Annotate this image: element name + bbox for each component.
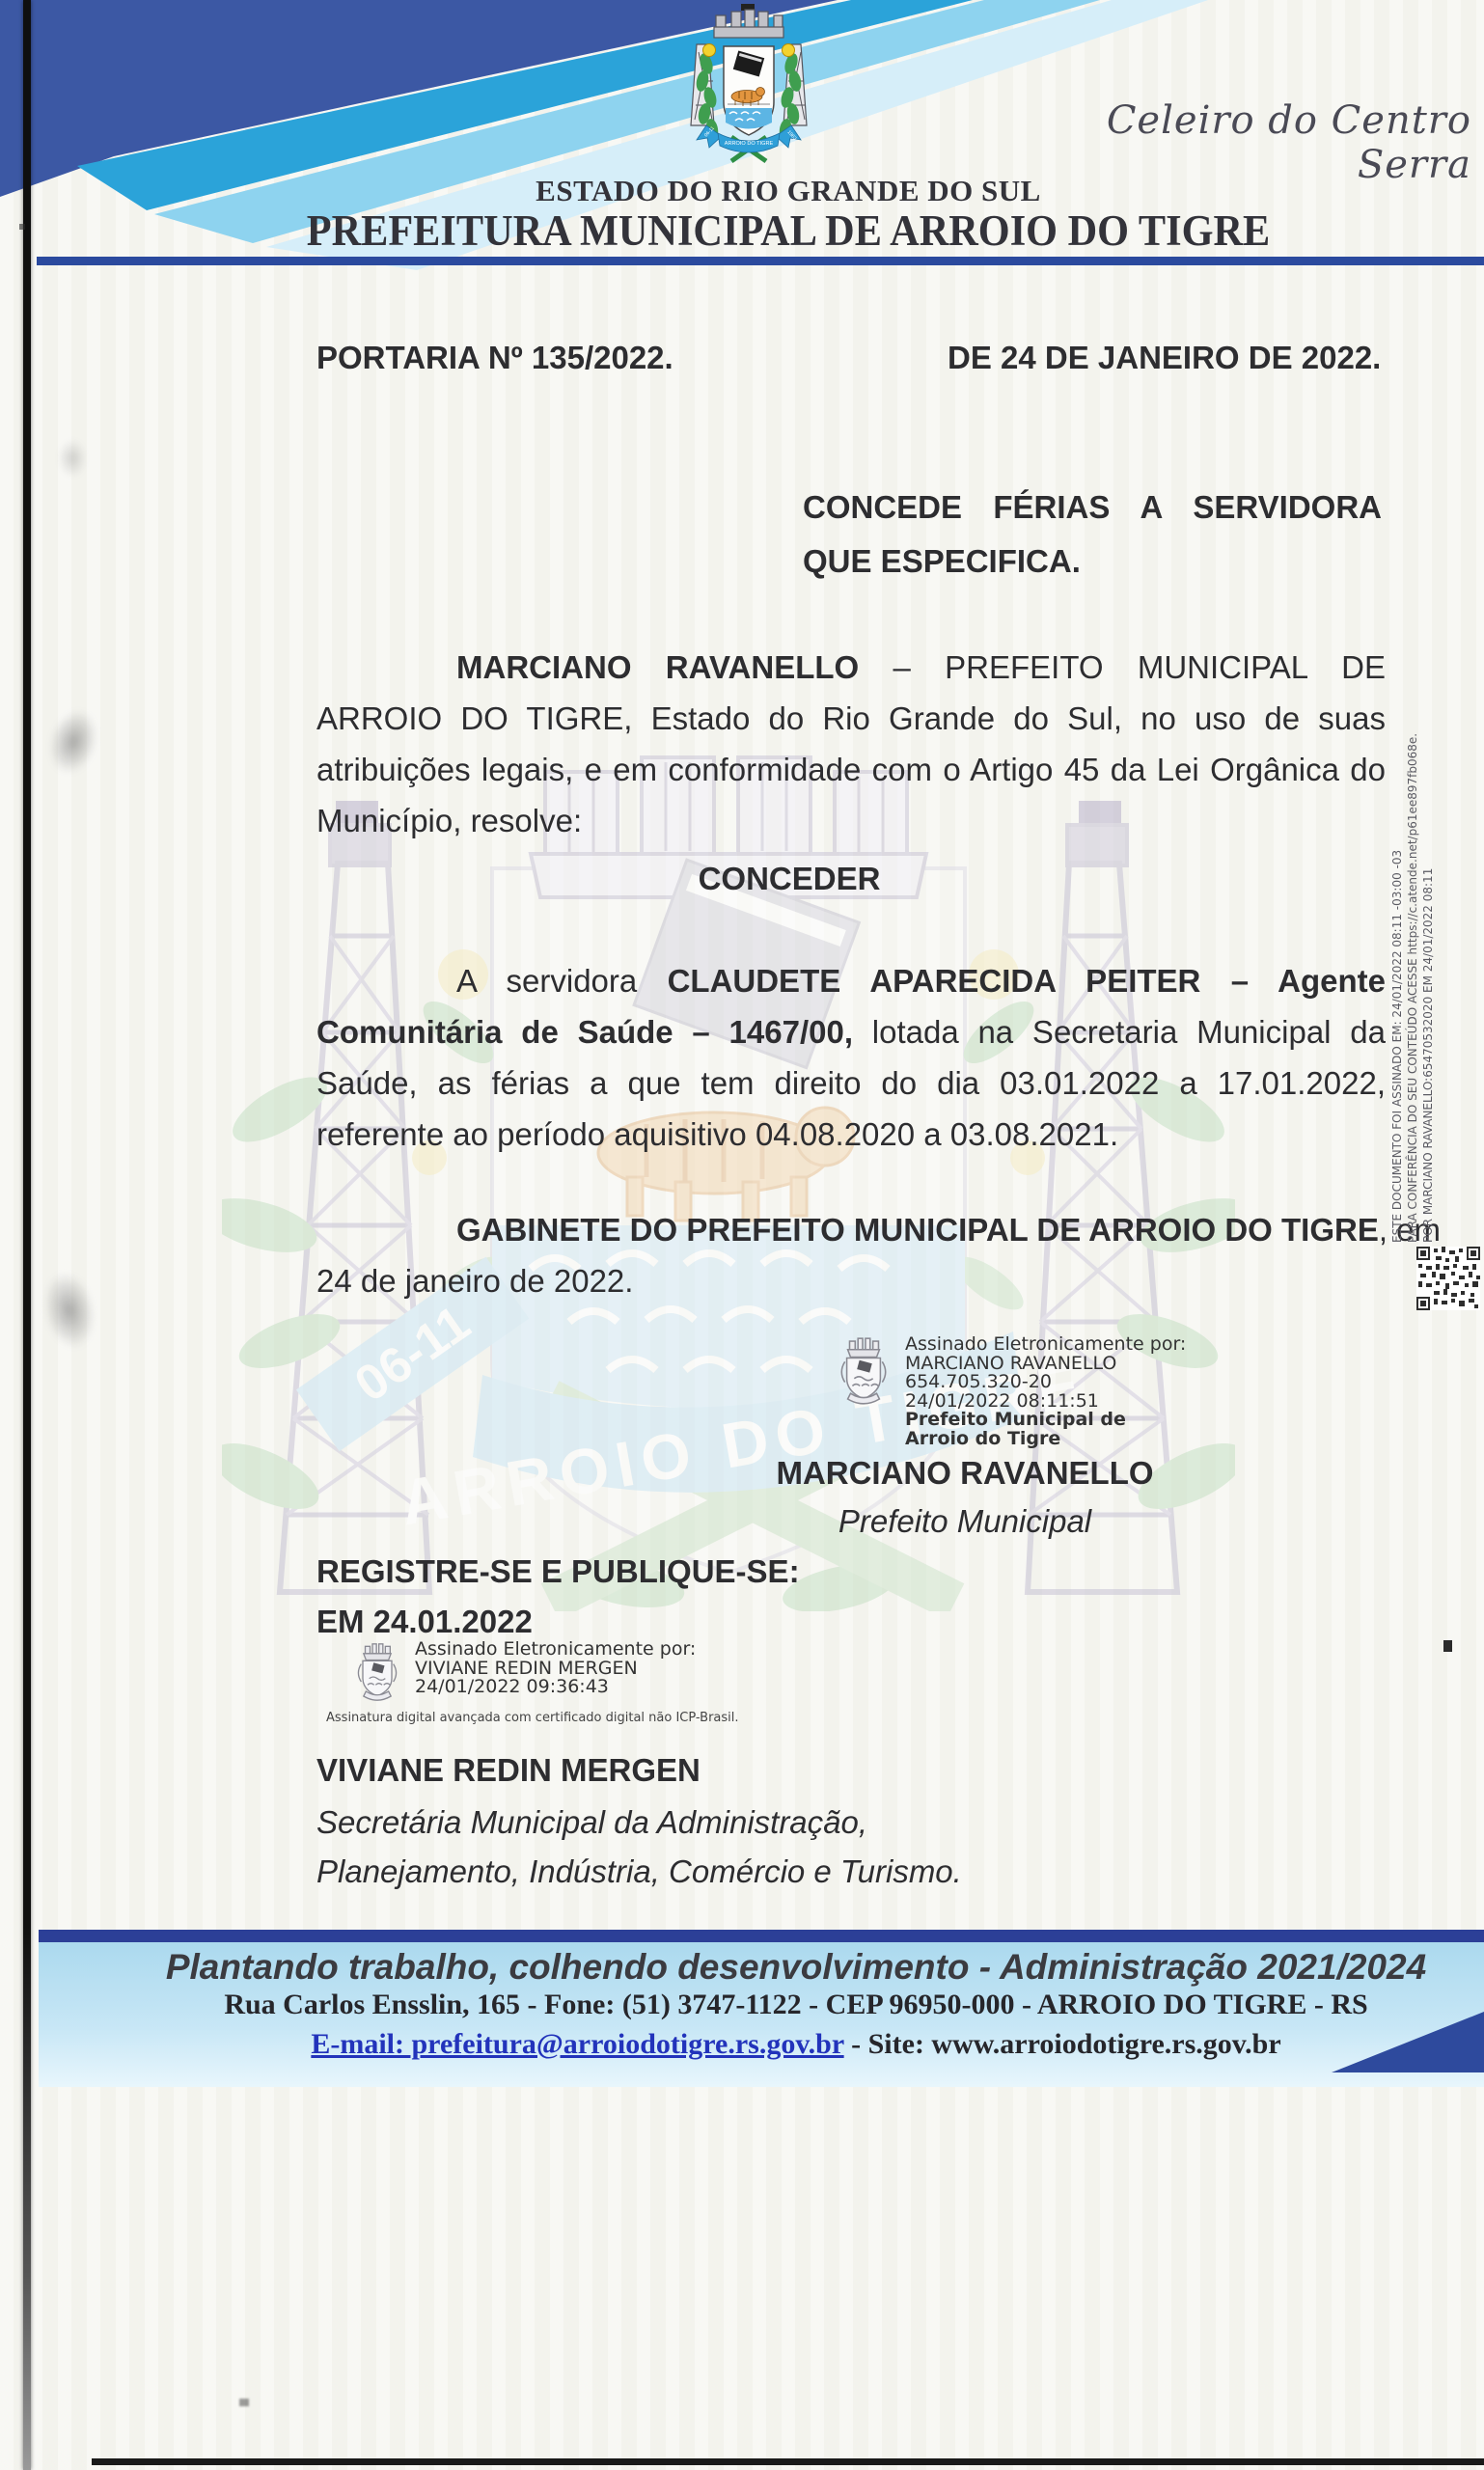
verification-line-3: POR MARCIANO RAVANELLO:65470532020 EM 24… — [1420, 683, 1436, 1243]
secretary-typed-title-1: Secretária Municipal da Administração, — [316, 1797, 867, 1848]
secretary-esign-stamp: Assinado Eletronicamente por: VIVIANE RE… — [353, 1640, 696, 1704]
portaria-summary: CONCEDE FÉRIAS A SERVIDORA QUE ESPECIFIC… — [803, 480, 1382, 589]
qr-code — [1416, 1247, 1480, 1310]
esign-label: Assinado Eletronicamente por: — [905, 1335, 1186, 1355]
municipal-coat-of-arms: 06-11 ARROIO DO TIGRE 1963 — [677, 4, 820, 166]
mayor-typed-title: Prefeito Municipal — [724, 1496, 1206, 1547]
scan-dot-mark — [239, 2399, 249, 2406]
footer-email-link[interactable]: E-mail: prefeitura@arroiodotigre.rs.gov.… — [311, 2028, 843, 2060]
mayor-esign-stamp: Assinado Eletronicamente por: MARCIANO R… — [836, 1335, 1186, 1448]
scan-dot-mark — [1443, 1640, 1452, 1652]
esign-cpf: 654.705.320-20 — [905, 1373, 1186, 1392]
closing-bold: GABINETE DO PREFEITO MUNICIPAL DE ARROIO… — [456, 1212, 1379, 1248]
verification-line-1: ESTE DOCUMENTO FOI ASSINADO EM: 24/01/20… — [1389, 683, 1405, 1243]
footer-contact-line: E-mail: prefeitura@arroiodotigre.rs.gov.… — [135, 2028, 1457, 2061]
scan-dot-mark — [19, 224, 25, 230]
crest-ribbon-center: ARROIO DO TIGRE — [725, 141, 774, 147]
signature-verification-strip: ESTE DOCUMENTO FOI ASSINADO EM: 24/01/20… — [1389, 683, 1436, 1243]
esign-role: Prefeito Municipal de Arroio do Tigre — [905, 1411, 1166, 1448]
scan-edge-line-bottom — [92, 2458, 1484, 2465]
grant-paragraph: A servidora CLAUDETE APARECIDA PEITER – … — [316, 955, 1386, 1160]
scan-smudge — [37, 1267, 101, 1353]
mayor-name-inline: MARCIANO RAVANELLO — [456, 649, 859, 685]
footer-slogan: Plantando trabalho, colhendo desenvolvim… — [135, 1947, 1457, 1988]
footer-top-bar — [39, 1930, 1484, 1942]
header-municipality-line: PREFEITURA MUNICIPAL DE ARROIO DO TIGRE — [131, 206, 1446, 256]
header-state-line: ESTADO DO RIO GRANDE DO SUL — [89, 174, 1484, 208]
register-order: REGISTRE-SE E PUBLIQUE-SE: — [316, 1546, 800, 1597]
esign-datetime: 24/01/2022 09:36:43 — [415, 1678, 696, 1697]
portaria-date: DE 24 DE JANEIRO DE 2022. — [948, 332, 1381, 383]
footer-site-text: - Site: www.arroiodotigre.rs.gov.br — [844, 2028, 1281, 2060]
closing-paragraph: GABINETE DO PREFEITO MUNICIPAL DE ARROIO… — [316, 1204, 1436, 1306]
mayor-typed-name: MARCIANO RAVANELLO — [724, 1447, 1206, 1498]
scan-smudge — [58, 439, 87, 478]
secretary-stamp-crest-icon — [353, 1640, 401, 1704]
scan-smudge — [41, 703, 106, 781]
grant-intro: A servidora — [456, 963, 668, 999]
grant-verb: CONCEDER — [316, 853, 1262, 904]
esign-note: Assinatura digital avançada com certific… — [326, 1711, 760, 1726]
secretary-typed-name: VIVIANE REDIN MERGEN — [316, 1744, 701, 1796]
preamble-paragraph: MARCIANO RAVANELLO – PREFEITO MUNICIPAL … — [316, 642, 1386, 846]
footer-address: Rua Carlos Ensslin, 165 - Fone: (51) 374… — [135, 1989, 1457, 2021]
header-rule — [37, 257, 1484, 265]
verification-line-2: PARA CONFERÊNCIA DO SEU CONTEÚDO ACESSE … — [1405, 683, 1420, 1243]
mayor-stamp-crest-icon — [836, 1335, 892, 1407]
closing-date: 24 de janeiro de 2022. — [316, 1263, 633, 1299]
secretary-typed-title-2: Planejamento, Indústria, Comércio e Turi… — [316, 1846, 962, 1897]
scanned-document: 06-11 ARROIO DO TIGRE — [0, 0, 1484, 2470]
esign-label: Assinado Eletronicamente por: — [415, 1640, 696, 1660]
portaria-number: PORTARIA Nº 135/2022. — [316, 332, 673, 383]
scan-edge-line-left — [23, 0, 31, 2470]
